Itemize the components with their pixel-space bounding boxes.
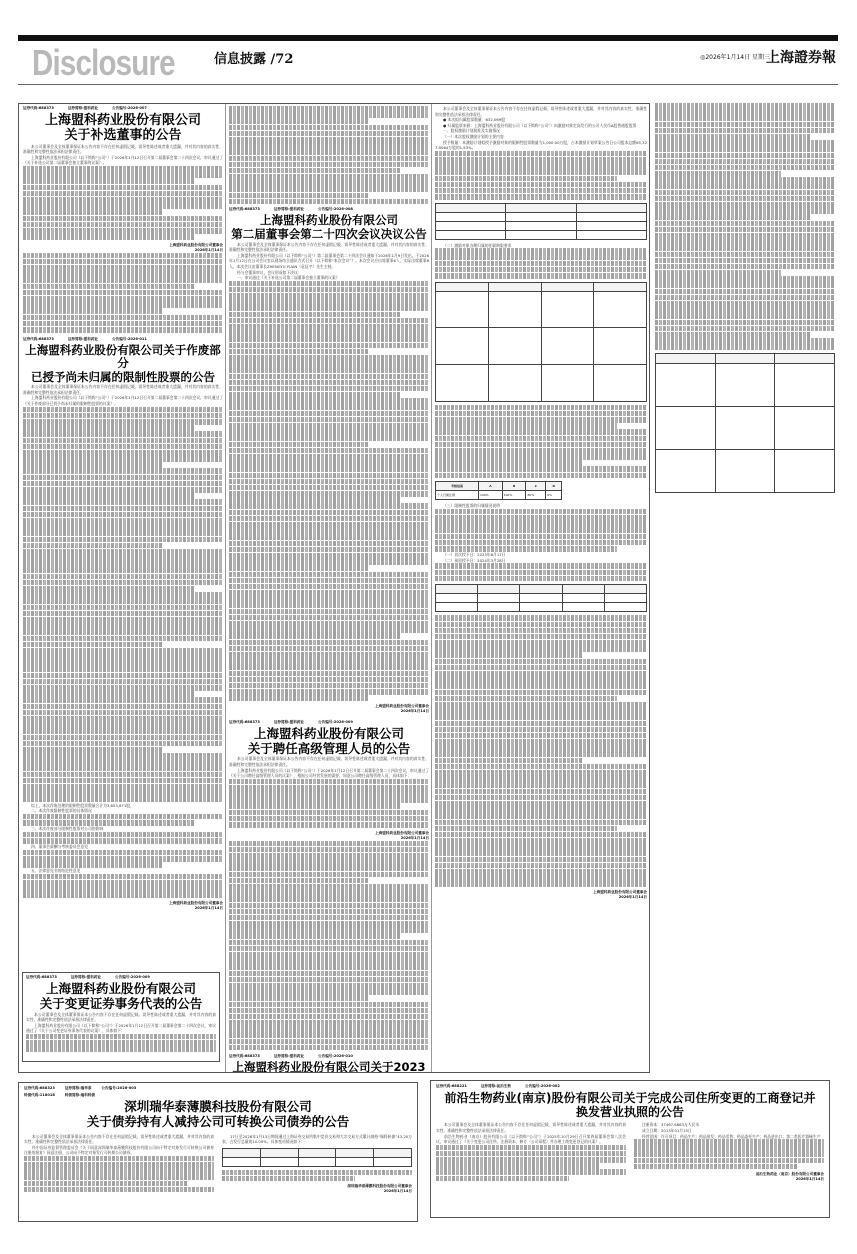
signature: 前沿生物药业（南京）股份有限公司董事会 2026年1月14日	[634, 1172, 824, 1182]
body-paragraph: 17日至2026年1月13日期间通过上海证券交易所集中竞价交易和大宗交易方式累计…	[222, 1134, 412, 1145]
article-meta: 证券代码:688373 证券简称:盟科药业 公告编号:2026-007	[23, 106, 223, 111]
vesting-continued: 本公司董事会及全体董事保证本公告内容不存在任何虚假记载、误导性陈述或者重大遗漏，…	[435, 106, 647, 151]
article-body: 本公司董事会及全体董事保证本公告内容不存在任何虚假记载、误导性陈述或者重大遗漏，…	[26, 1012, 216, 1034]
bond-column-left: 本公司董事会及全体董事保证本公告内容不存在任何虚假记载、误导性陈述或者重大遗漏，…	[24, 1134, 214, 1195]
article-summary: 综上，本次作废处理的限制性股票数量合计为3,653,671股。 二、本次作废限制…	[23, 803, 223, 814]
signature-date: 2026年1月14日	[634, 1177, 824, 1182]
bond-code: 转债代码:118018	[24, 1093, 55, 1098]
column-1: 证券代码:688373 证券简称:盟科药业 公告编号:2026-007 上海盟科…	[23, 106, 223, 1072]
article-meta: 证券代码:688373 证券简称:盟科药业 公告编号:2026-010	[229, 1054, 429, 1059]
title-line: 上海盟科药业股份有限公司关于作废部分	[23, 344, 223, 371]
article-title: 上海盟科药业股份有限公司 关于聘任高级管理人员的公告	[229, 727, 429, 757]
article-meta: 证券代码:688323 证券简称:瑞华泰 公告编号:2026-003	[24, 1086, 412, 1091]
table-header: A	[479, 482, 503, 491]
lead-paragraph: 本公司董事会及全体董事保证本公告内容不存在任何虚假记载、误导性陈述或者重大遗漏，…	[229, 756, 429, 767]
table-header: C	[526, 482, 546, 491]
paper-name: 上海證券報	[766, 47, 836, 67]
title-line: 关于聘任高级管理人员的公告	[229, 742, 429, 757]
title-line: 深圳瑞华泰薄膜科技股份有限公司	[24, 1100, 412, 1115]
lead-paragraph: 本公司董事会及全体董事保证本公告内容不存在任何虚假记载、误导性陈述或者重大遗漏，…	[229, 242, 429, 253]
bond-column-right: 17日至2026年1月13日期间通过上海证券交易所集中竞价交易和大宗交易方式累计…	[222, 1134, 412, 1195]
article-title: 上海盟科药业股份有限公司 第二届董事会第二十四次会议决议公告	[229, 214, 429, 241]
article-title: 上海盟科药业股份有限公司 关于变更证券事务代表的公告	[26, 982, 216, 1012]
notice-number: 公告编号:2026-011	[112, 337, 147, 342]
notice-number: 公告编号:2026-003	[101, 1086, 136, 1091]
column-3: 本公司董事会及全体董事保证本公告内容不存在任何虚假记载、误导性陈述或者重大遗漏，…	[435, 106, 647, 1072]
stock-abbr: 证券简称:盟科药业	[274, 1054, 304, 1059]
article-change-securities-rep: 证券代码:688373 证券简称:盟科药业 公告编号:2026-009 上海盟科…	[22, 972, 220, 1062]
article-title: 上海盟科药业股份有限公司关于作废部分 已授予尚未归属的限制性股票的公告	[23, 344, 223, 385]
stock-code: 证券代码:688373	[23, 106, 54, 111]
license-details: 注册资本：37467.6863万人民币 成立日期：2013年01月15日 经营范…	[634, 1122, 824, 1139]
vesting-detail-table	[435, 584, 647, 612]
title-line: 上海盟科药业股份有限公司	[26, 982, 216, 997]
table-cell: 80%	[526, 491, 546, 500]
article-meta: 证券代码:688373 证券简称:盟科药业 公告编号:2026-011	[23, 337, 223, 342]
article-void-restricted-shares: 证券代码:688373 证券简称:盟科药业 公告编号:2026-011 上海盟科…	[23, 337, 223, 912]
stock-code: 证券代码:688323	[24, 1086, 55, 1091]
masthead-underline	[18, 84, 838, 85]
lead-paragraph: 本公司董事会及全体董事保证本公告内容不存在任何虚假记载、误导性陈述或者重大遗漏，…	[436, 1122, 626, 1133]
title-line: 关于补选董事的公告	[23, 128, 223, 143]
article-title: 深圳瑞华泰薄膜科技股份有限公司 关于债券持有人减持公司可转换公司债券的公告	[24, 1100, 412, 1130]
signature-date: 2026年1月14日	[435, 895, 647, 900]
performance-target-table	[435, 282, 647, 402]
bond-abbr: 转债简称:瑞科转债	[65, 1093, 95, 1098]
article-body: 本公司董事会及全体董事保证本公告内容不存在任何虚假记载、误导性陈述或者重大遗漏，…	[23, 144, 223, 166]
table-cell: 个人归属比例	[436, 491, 479, 500]
stock-abbr: 证券简称:盟科药业	[68, 337, 98, 342]
stock-abbr: 证券简称:盟科药业	[274, 720, 304, 725]
table-cell: 100%	[502, 491, 526, 500]
title-line: 上海盟科药业股份有限公司	[23, 113, 223, 128]
stock-abbr: 证券简称:盟科药业	[274, 207, 304, 212]
notice-number: 公告编号:2026-010	[318, 1054, 353, 1059]
lead-paragraph: 本公司董事会及全体董事保证本公告内容不存在任何虚假记载、误导性陈述或者重大遗漏，…	[26, 1012, 216, 1023]
title-line: 上海盟科药业股份有限公司	[229, 727, 429, 742]
lead-paragraph: 本公司董事会及全体董事保证本公告内容不存在任何虚假记载、误导性陈述或者重大遗漏，…	[435, 106, 647, 117]
notice-number: 公告编号:2026-009	[115, 975, 150, 980]
stock-abbr: 证券简称:盟科药业	[71, 975, 101, 980]
stock-abbr: 证券简称:盟科药业	[68, 106, 98, 111]
stock-abbr: 证券简称:前沿生物	[481, 1084, 511, 1089]
stock-code: 证券代码:688373	[26, 975, 57, 980]
title-line: 前沿生物药业(南京)股份有限公司关于完成公司住所变更的工商登记并	[436, 1091, 824, 1105]
license-column-right: 注册资本：37467.6863万人民币 成立日期：2013年01月15日 经营范…	[634, 1122, 824, 1182]
table-cell: 100%	[479, 491, 503, 500]
title-line: 换发营业执照的公告	[436, 1105, 824, 1119]
column-4-top	[655, 103, 835, 543]
title-line: 上海盟科药业股份有限公司关于2023年	[229, 1061, 429, 1072]
table-header: B	[502, 482, 526, 491]
article-ruihuatai-bond: 证券代码:688323 证券简称:瑞华泰 公告编号:2026-003 转债代码:…	[18, 1082, 418, 1222]
body-paragraph: 上海盟科药业股份有限公司（以下简称“公司”）第二届董事会第二十四次会议通知于20…	[229, 253, 429, 270]
bond-meta: 转债代码:118018 转债简称:瑞科转债	[24, 1093, 412, 1098]
table-row: 个人归属比例 100% 100% 80% 0%	[436, 491, 562, 500]
article-meta: 证券代码:688221 证券简称:前沿生物 公告编号:2026-002	[436, 1084, 824, 1089]
mengke-notices-panel: 证券代码:688373 证券简称:盟科药业 公告编号:2026-007 上海盟科…	[18, 103, 650, 1073]
table-header: D	[546, 482, 562, 491]
key-point: 归属股票来源：上海盟科药业股份有限公司（以下简称“公司”）向激励对象定向发行的公…	[448, 123, 637, 128]
article-vesting-conditions: 证券代码:688373 证券简称:盟科药业 公告编号:2026-010 上海盟科…	[229, 1054, 429, 1072]
body-paragraph: 上海盟科药业股份有限公司（以下简称“公司”）于2026年1月12日召开第二届董事…	[23, 155, 223, 166]
stock-code: 证券代码:688221	[436, 1084, 467, 1089]
grant-info: 授予数量：本激励计划拟授予激励对象的限制性股票数量为1,000.00万股，占本激…	[435, 140, 647, 151]
body-paragraph: 前沿生物药业（南京）股份有限公司（以下简称“公司”）于2025年10月29日召开…	[436, 1134, 626, 1145]
notice-number: 公告编号:2026-009	[318, 720, 353, 725]
stock-code: 证券代码:688373	[229, 207, 260, 212]
article-meta: 证券代码:688373 证券简称:盟科药业 公告编号:2026-009	[26, 975, 216, 980]
column-divider	[431, 104, 432, 1073]
grant-dates: （一）首次授予日：2023年6月17日 （二）预留授予日：2024年3月28日	[435, 552, 647, 563]
signature-date: 2026年1月14日	[229, 709, 429, 714]
article-meta: 证券代码:688373 证券简称:盟科药业 公告编号:2026-008	[229, 207, 429, 212]
masthead-rule	[18, 35, 838, 41]
license-column-left: 本公司董事会及全体董事保证本公告内容不存在任何虚假记载、误导性陈述或者重大遗漏，…	[436, 1122, 626, 1182]
issue-date: ◎2026年1月14日 星期三	[700, 52, 770, 61]
title-line: 关于债券持有人减持公司可转换公司债券的公告	[24, 1115, 412, 1130]
article-body: 本公司董事会及全体董事保证本公告内容不存在任何虚假记载、误导性陈述或者重大遗漏，…	[229, 756, 429, 778]
signature-date: 2026年1月14日	[222, 1189, 412, 1194]
individual-rating-table: 考核结果 A B C D 个人归属比例 100% 100% 80% 0%	[435, 481, 562, 500]
lead-paragraph: 本公司董事会及全体董事保证本公告内容不存在任何虚假记载、误导性陈述或者重大遗漏，…	[23, 384, 223, 395]
signature: 上海盟科药业股份有限公司董事会 2026年1月14日	[435, 890, 647, 900]
masthead: Disclosure 信息披露 /72 ◎2026年1月14日 星期三 上海證券…	[18, 44, 838, 80]
title-line: 已授予尚未归属的限制性股票的公告	[23, 371, 223, 385]
article-supplementary-director: 证券代码:688373 证券简称:盟科药业 公告编号:2026-007 上海盟科…	[23, 106, 223, 333]
article-body: 本公司董事会及全体董事保证本公告内容不存在任何虚假记载、误导性陈述或者重大遗漏，…	[23, 384, 223, 406]
key-point: 本次拟归属股票数量：632,069股	[448, 117, 505, 122]
stock-abbr: 证券简称:瑞华泰	[65, 1086, 92, 1091]
section-title: 信息披露 /72	[214, 48, 293, 67]
article-frontier-bio-license: 证券代码:688221 证券简称:前沿生物 公告编号:2026-002 前沿生物…	[430, 1080, 830, 1218]
brand-logo: Disclosure	[32, 42, 175, 84]
article-title: 上海盟科药业股份有限公司 关于补选董事的公告	[23, 113, 223, 144]
signature: 上海盟科药业股份有限公司董事会 2026年1月14日	[229, 831, 429, 841]
stock-code: 证券代码:688373	[229, 720, 260, 725]
column-2: 证券代码:688373 证券简称:盟科药业 公告编号:2026-008 上海盟科…	[229, 106, 429, 1072]
article-board-resolution: 证券代码:688373 证券简称:盟科药业 公告编号:2026-008 上海盟科…	[229, 207, 429, 713]
signature: 上海盟科药业股份有限公司董事会 2026年1月14日	[23, 901, 223, 911]
title-line: 第二届董事会第二十四次会议决议公告	[229, 228, 429, 242]
article-title: 前沿生物药业(南京)股份有限公司关于完成公司住所变更的工商登记并 换发营业执照的…	[436, 1091, 824, 1119]
article-title: 上海盟科药业股份有限公司关于2023年 限制性股票激励计划首次授予部分第二个 归…	[229, 1061, 429, 1072]
lead-paragraph: 本公司董事会及全体董事保证本公告内容不存在任何虚假记载、误导性陈述或者重大遗漏，…	[23, 144, 223, 155]
body-paragraph: 上海盟科药业股份有限公司（以下简称“公司”）于2026年1月12日召开第二届董事…	[23, 395, 223, 406]
signature: 上海盟科药业股份有限公司董事会 2026年1月14日	[229, 704, 429, 714]
table-header: 考核结果	[436, 482, 479, 491]
column-divider	[225, 104, 226, 1073]
body-paragraph: 上海盟科药业股份有限公司（以下简称“公司”）于2026年1月12日召开第二届董事…	[229, 768, 429, 779]
table-cell: 0%	[546, 491, 562, 500]
signature: 上海盟科药业股份有限公司董事会 2026年1月14日	[23, 243, 223, 253]
lead-paragraph: 本公司董事会及全体董事保证本公告内容不存在任何虚假记载、误导性陈述或者重大遗漏，…	[24, 1134, 214, 1145]
article-appoint-executive: 证券代码:688373 证券简称:盟科药业 公告编号:2026-009 上海盟科…	[229, 720, 429, 1051]
signature: 深圳瑞华泰薄膜科技股份有限公司董事会 2026年1月14日	[222, 1184, 412, 1194]
vesting-period-table	[655, 353, 835, 493]
title-line: 关于变更证券事务代表的公告	[26, 997, 216, 1012]
notice-number: 公告编号:2026-008	[318, 207, 353, 212]
body-paragraph: 上海盟科药业股份有限公司（以下简称“公司”）于2026年1月12日召开第二届董事…	[26, 1023, 216, 1034]
title-line: 上海盟科药业股份有限公司	[229, 214, 429, 228]
stock-code: 证券代码:688373	[23, 337, 54, 342]
stock-code: 证券代码:688373	[229, 1054, 260, 1059]
article-body: 本公司董事会及全体董事保证本公告内容不存在任何虚假记载、误导性陈述或者重大遗漏，…	[229, 242, 429, 281]
signature-date: 2026年1月14日	[23, 906, 223, 911]
notice-number: 公告编号:2026-002	[525, 1084, 560, 1089]
body-paragraph: 经中国证券监督管理委员会《关于同意深圳瑞华泰薄膜科技股份有限公司向不特定对象发行…	[24, 1145, 214, 1156]
vesting-schedule-table	[435, 203, 647, 240]
notice-number: 公告编号:2026-007	[112, 106, 147, 111]
bond-holding-table	[222, 1148, 412, 1167]
article-meta: 证券代码:688373 证券简称:盟科药业 公告编号:2026-009	[229, 720, 429, 725]
